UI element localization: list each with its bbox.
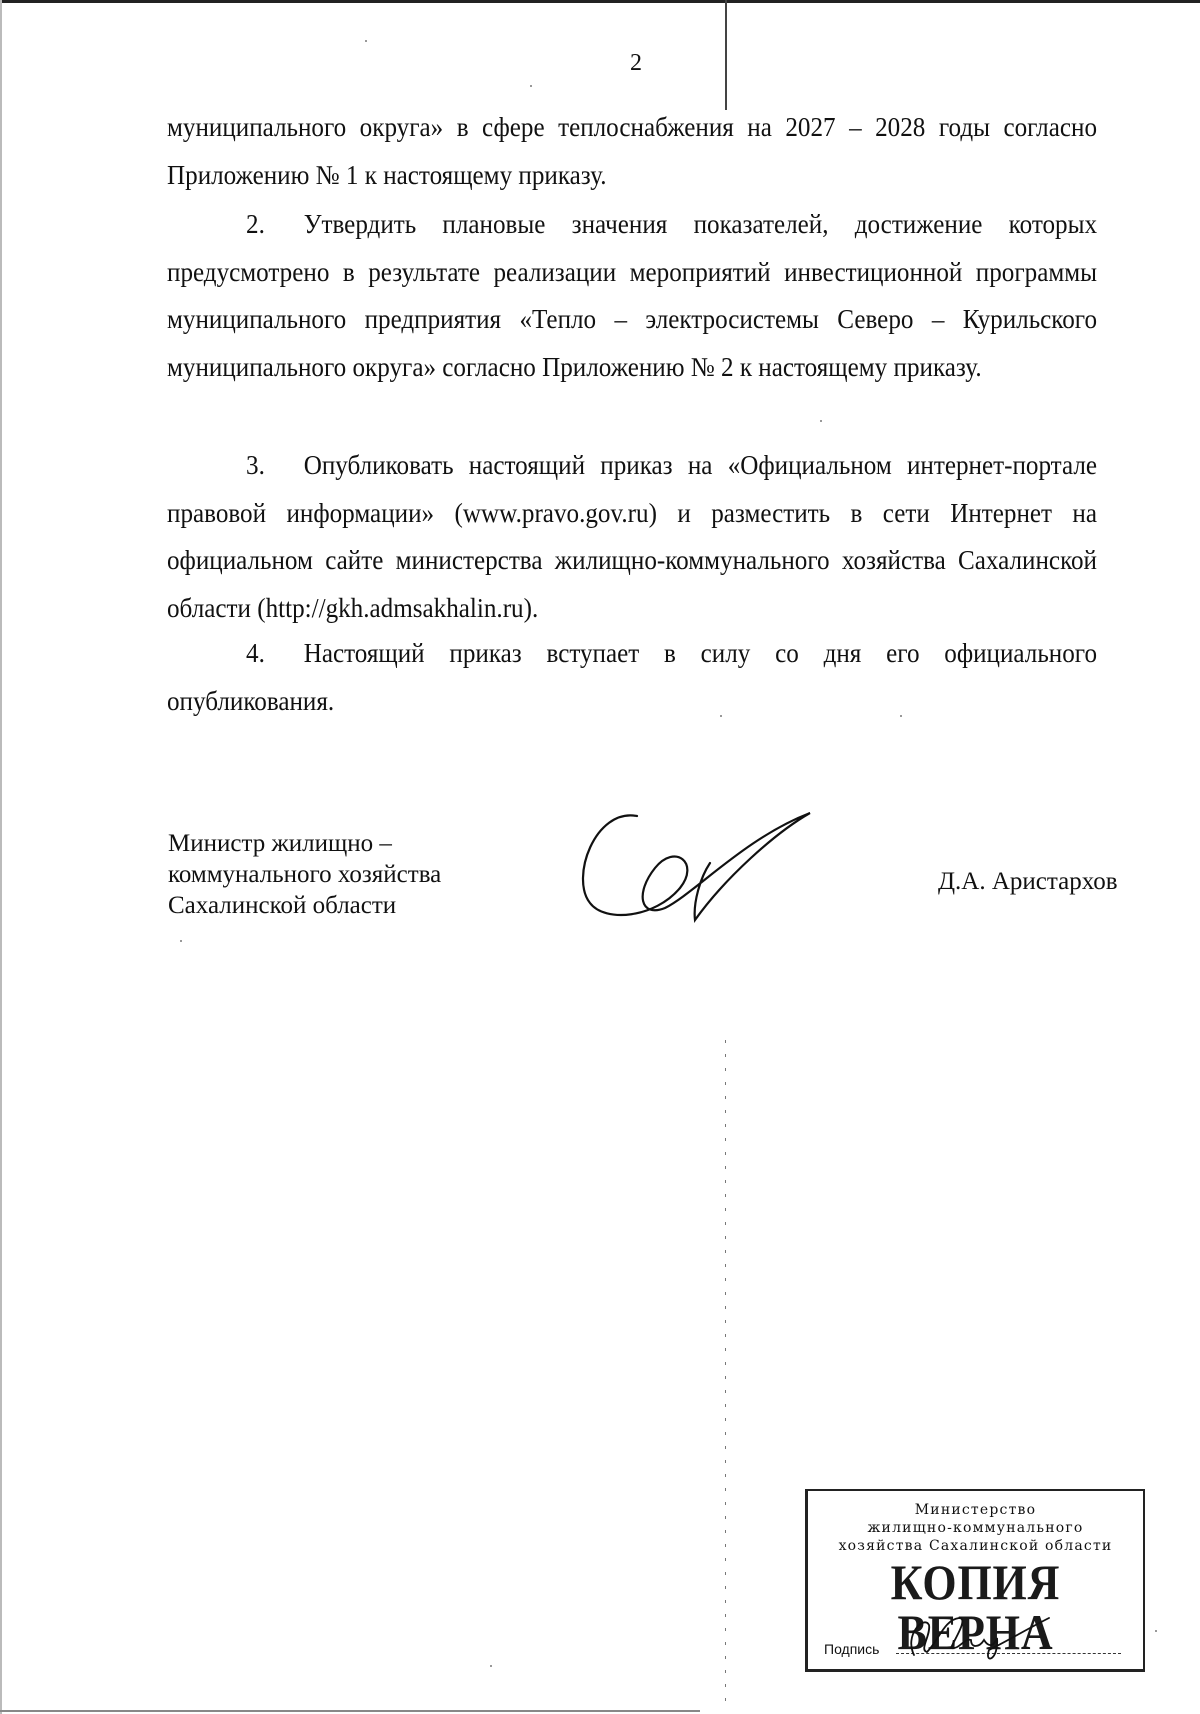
signer-position-line: Сахалинской области	[168, 890, 441, 921]
scan-top-edge	[0, 0, 1200, 3]
signer-position: Министр жилищно – коммунального хозяйств…	[168, 828, 441, 921]
scan-speck	[900, 715, 902, 717]
paragraph-2: 2.Утвердить плановые значения показателе…	[167, 201, 1032, 391]
signer-position-line: коммунального хозяйства	[168, 859, 441, 890]
paragraph-3: 3.Опубликовать настоящий приказ на «Офиц…	[167, 442, 1032, 632]
scan-speck	[490, 1665, 492, 1667]
paragraph-text: Настоящий приказ вступает в силу со дня …	[167, 638, 1097, 716]
scan-speck	[720, 715, 722, 717]
paragraph-1-continuation: муниципального округа» в сфере теплоснаб…	[167, 104, 1032, 199]
signer-position-line: Министр жилищно –	[168, 828, 441, 859]
signer-name: Д.А. Аристархов	[938, 868, 1118, 896]
certified-copy-stamp: Министерство жилищно-коммунального хозяй…	[805, 1489, 1145, 1672]
scan-left-edge	[0, 0, 2, 1714]
stamp-signature-row: Подпись	[824, 1617, 1124, 1657]
scan-speck	[180, 940, 182, 942]
stamp-line: Министерство	[808, 1501, 1143, 1519]
paragraph-4: 4.Настоящий приказ вступает в силу со дн…	[167, 630, 1032, 725]
scan-bottom-edge	[0, 1710, 700, 1712]
paragraph-number: 3.	[246, 442, 304, 490]
scan-speck	[1155, 1630, 1157, 1632]
document-page: 2 муниципального округа» в сфере теплосн…	[0, 0, 1200, 1714]
fold-line-lower	[725, 1040, 726, 1710]
handwritten-signature-icon	[575, 808, 815, 928]
scan-speck	[530, 85, 532, 87]
stamp-signature-icon	[899, 1610, 1059, 1665]
stamp-line: жилищно-коммунального	[808, 1519, 1143, 1537]
paragraph-text: Утвердить плановые значения показателей,…	[167, 209, 1097, 382]
paragraph-text: Опубликовать настоящий приказ на «Официа…	[167, 450, 1097, 623]
stamp-signature-label: Подпись	[824, 1641, 879, 1657]
scan-speck	[365, 40, 367, 42]
page-number: 2	[630, 50, 642, 77]
scan-speck	[820, 420, 822, 422]
paragraph-number: 4.	[246, 630, 304, 678]
paragraph-number: 2.	[246, 201, 304, 249]
fold-line	[725, 0, 727, 110]
paragraph-text: муниципального округа» в сфере теплоснаб…	[167, 104, 1097, 199]
stamp-line: хозяйства Сахалинской области	[808, 1537, 1143, 1555]
